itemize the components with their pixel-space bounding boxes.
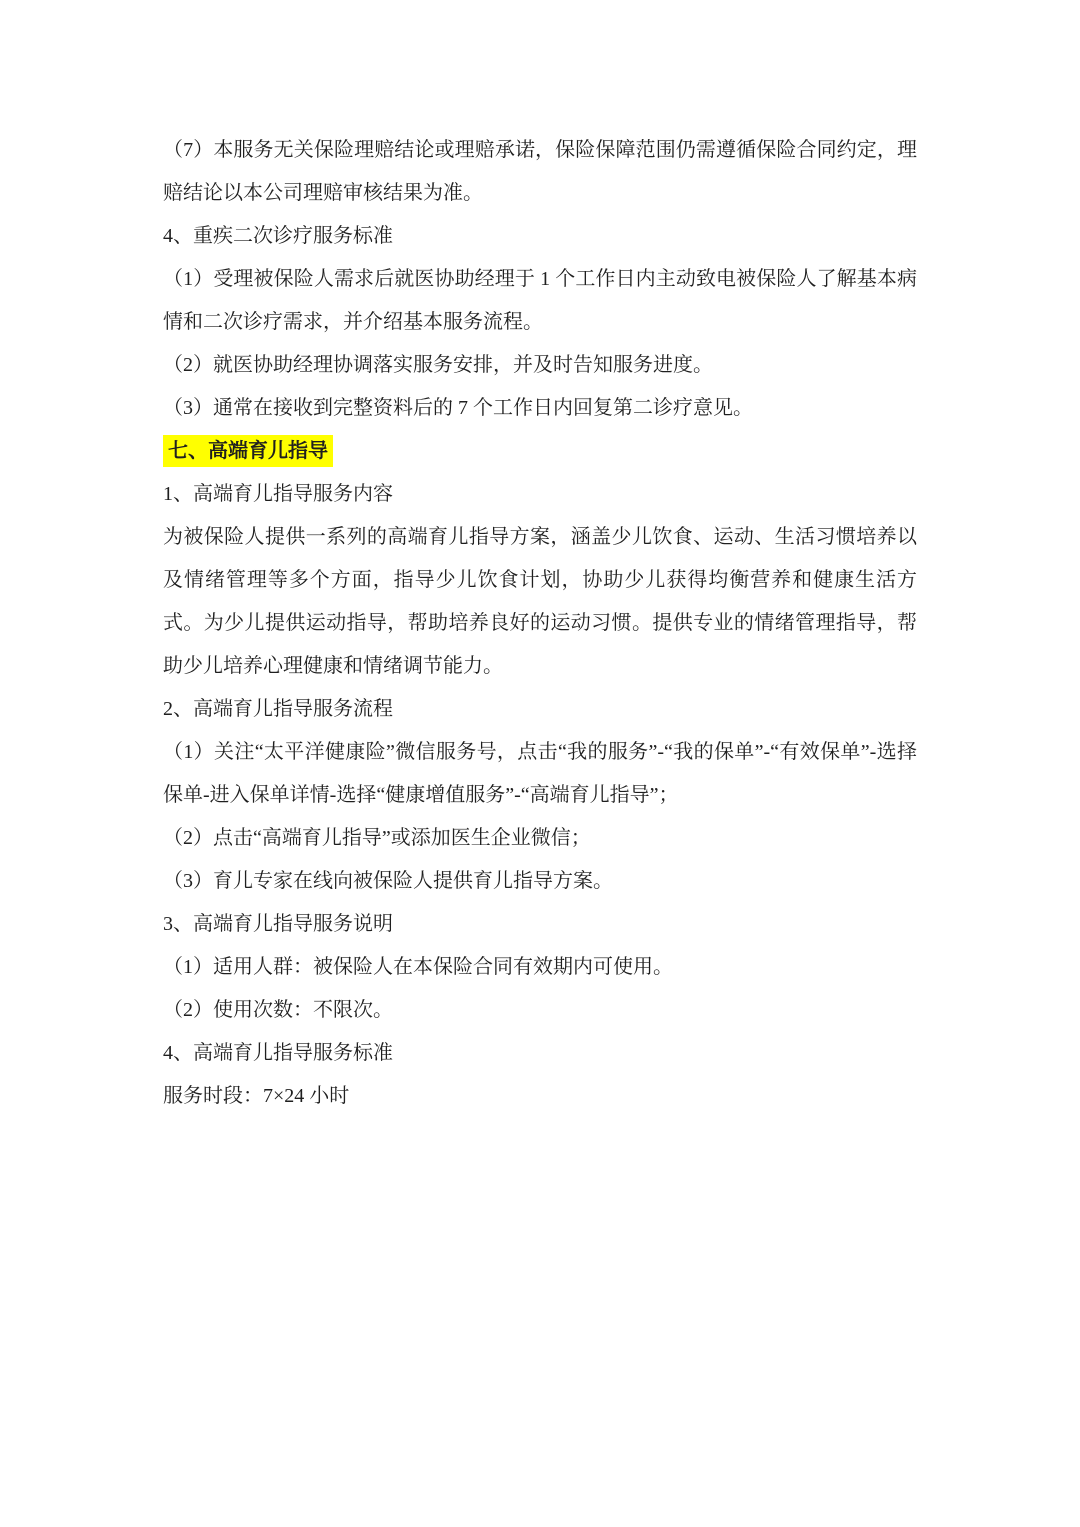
heading-parenting-service-notes: 3、高端育儿指导服务说明 — [163, 903, 917, 946]
paragraph-parenting-process-item-1: （1）关注“太平洋健康险”微信服务号，点击“我的服务”-“我的保单”-“有效保单… — [163, 731, 917, 817]
heading-critical-illness-second-opinion-standard: 4、重疾二次诊疗服务标准 — [163, 215, 917, 258]
paragraph-parenting-service-content: 为被保险人提供一系列的高端育儿指导方案，涵盖少儿饮食、运动、生活习惯培养以及情绪… — [163, 516, 917, 688]
paragraph-claims-disclaimer-item-7: （7）本服务无关保险理赔结论或理赔承诺，保险保障范围仍需遵循保险合同约定，理赔结… — [163, 129, 917, 215]
yellow-highlight-mark: 七、高端育儿指导 — [163, 435, 333, 467]
document-page: （7）本服务无关保险理赔结论或理赔承诺，保险保障范围仍需遵循保险合同约定，理赔结… — [0, 0, 1080, 1527]
heading-parenting-service-process: 2、高端育儿指导服务流程 — [163, 688, 917, 731]
paragraph-parenting-notes-item-1: （1）适用人群：被保险人在本保险合同有效期内可使用。 — [163, 946, 917, 989]
paragraph-second-opinion-standard-item-3: （3）通常在接收到完整资料后的 7 个工作日内回复第二诊疗意见。 — [163, 387, 917, 430]
heading-parenting-service-standard: 4、高端育儿指导服务标准 — [163, 1032, 917, 1075]
paragraph-parenting-notes-item-2: （2）使用次数：不限次。 — [163, 989, 917, 1032]
heading-parenting-service-content: 1、高端育儿指导服务内容 — [163, 473, 917, 516]
paragraph-second-opinion-standard-item-2: （2）就医协助经理协调落实服务安排，并及时告知服务进度。 — [163, 344, 917, 387]
heading-section-7-premium-parenting-guidance: 七、高端育儿指导 — [163, 430, 917, 473]
paragraph-parenting-process-item-2: （2）点击“高端育儿指导”或添加医生企业微信； — [163, 817, 917, 860]
paragraph-second-opinion-standard-item-1: （1）受理被保险人需求后就医协助经理于 1 个工作日内主动致电被保险人了解基本病… — [163, 258, 917, 344]
paragraph-parenting-service-hours: 服务时段：7×24 小时 — [163, 1075, 917, 1118]
paragraph-parenting-process-item-3: （3）育儿专家在线向被保险人提供育儿指导方案。 — [163, 860, 917, 903]
